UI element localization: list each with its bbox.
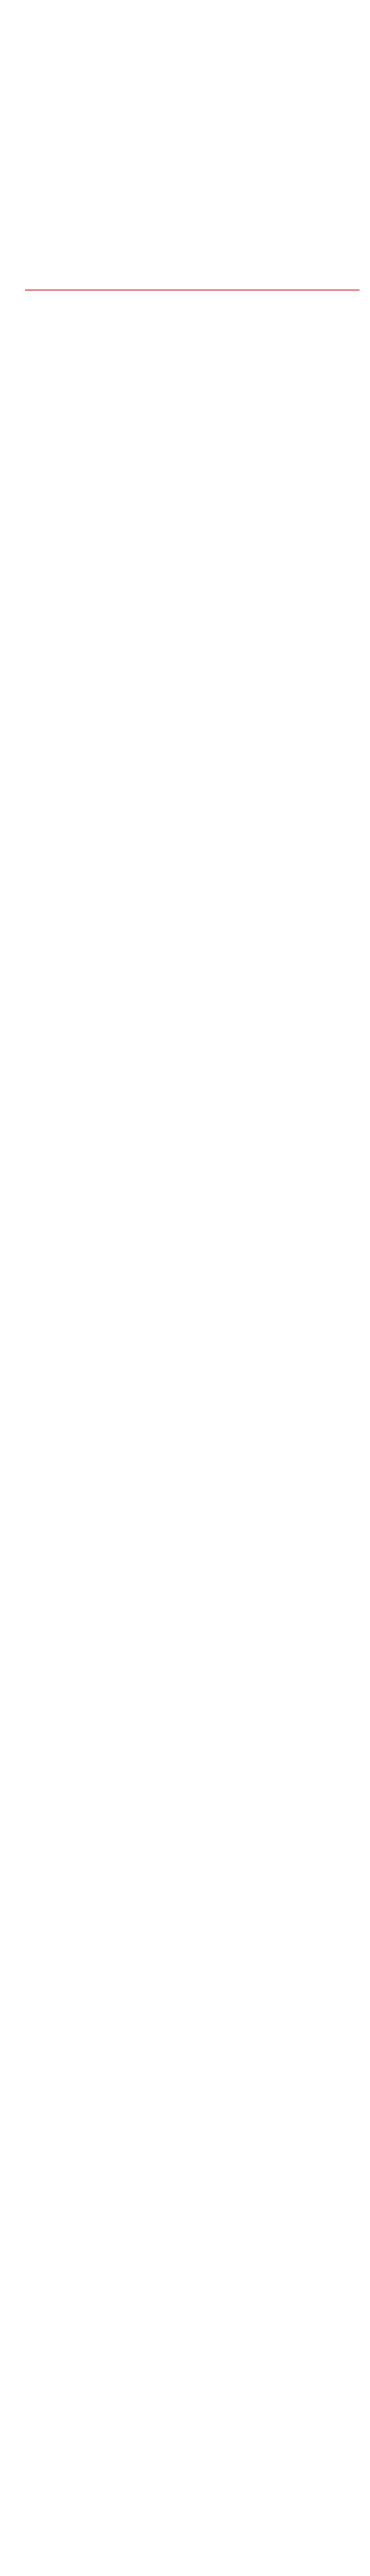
red-divider [25, 289, 359, 291]
